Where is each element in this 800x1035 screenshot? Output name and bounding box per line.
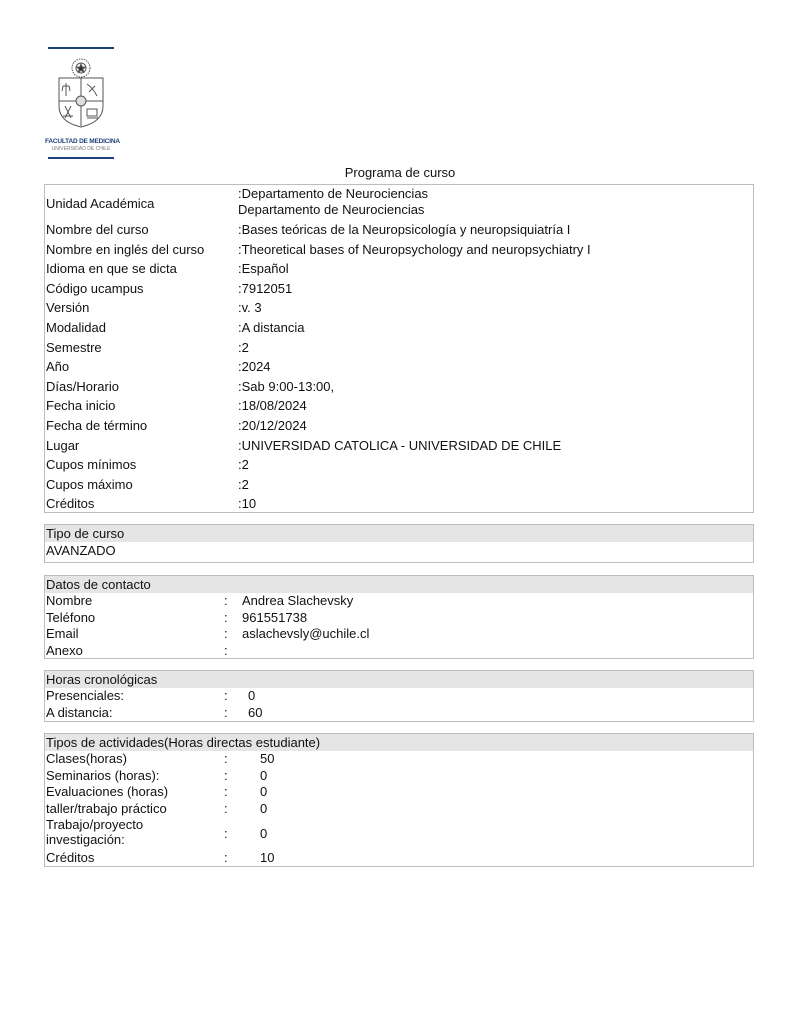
activity-row: Seminarios (horas)::0 bbox=[45, 768, 753, 785]
field-value: :2 bbox=[238, 475, 249, 495]
field-label: Semestre bbox=[45, 338, 238, 358]
activities-section: Tipos de actividades(Horas directas estu… bbox=[44, 733, 754, 867]
contact-section: Datos de contacto Nombre:Andrea Slachevs… bbox=[44, 575, 754, 659]
field-label: Código ucampus bbox=[45, 279, 238, 299]
course-info-row: Cupos máximo:2 bbox=[45, 475, 753, 495]
field-value: :2 bbox=[238, 338, 249, 358]
course-info-row: Cupos mínimos:2 bbox=[45, 455, 753, 475]
field-label: Cupos mínimos bbox=[45, 455, 238, 475]
field-value: :10 bbox=[238, 494, 256, 514]
field-value: :UNIVERSIDAD CATOLICA - UNIVERSIDAD DE C… bbox=[238, 436, 561, 456]
university-name: UNIVERSIDAD DE CHILE bbox=[45, 146, 117, 152]
field-label: Presenciales: bbox=[45, 688, 224, 705]
field-label: taller/trabajo práctico bbox=[45, 801, 224, 818]
separator: : bbox=[224, 751, 242, 768]
field-label: Nombre del curso bbox=[45, 220, 238, 240]
page-title: Programa de curso bbox=[0, 165, 800, 180]
course-info-row: Semestre:2 bbox=[45, 338, 753, 358]
field-value: 60 bbox=[242, 705, 262, 722]
field-value: :7912051 bbox=[238, 279, 292, 299]
field-label: Fecha inicio bbox=[45, 396, 238, 416]
faculty-logo: FACULTAD DE MEDICINA UNIVERSIDAD DE CHIL… bbox=[45, 46, 117, 160]
course-info-row: Lugar:UNIVERSIDAD CATOLICA - UNIVERSIDAD… bbox=[45, 436, 753, 456]
field-value: :A distancia bbox=[238, 318, 305, 338]
field-value: 0 bbox=[242, 817, 267, 850]
course-type-value: AVANZADO bbox=[45, 542, 753, 559]
activity-row: Trabajo/proyecto investigación::0 bbox=[45, 817, 753, 850]
field-value: :Bases teóricas de la Neuropsicología y … bbox=[238, 220, 570, 240]
field-label: Email bbox=[45, 626, 224, 643]
field-value: Andrea Slachevsky bbox=[242, 593, 353, 610]
field-label: Teléfono bbox=[45, 610, 224, 627]
field-label: Versión bbox=[45, 298, 238, 318]
field-label: Evaluaciones (horas) bbox=[45, 784, 224, 801]
field-label: Unidad Académica bbox=[45, 186, 238, 220]
field-value: :18/08/2024 bbox=[238, 396, 307, 416]
contact-row: Nombre:Andrea Slachevsky bbox=[45, 593, 753, 610]
course-info-row: Créditos:10 bbox=[45, 494, 753, 514]
section-header: Horas cronológicas bbox=[45, 671, 753, 688]
contact-row: Email:aslachevsly@uchile.cl bbox=[45, 626, 753, 643]
course-info-row: Código ucampus:7912051 bbox=[45, 279, 753, 299]
field-label: Anexo bbox=[45, 643, 224, 660]
separator: : bbox=[224, 626, 242, 643]
course-info-row: Nombre en inglés del curso:Theoretical b… bbox=[45, 240, 753, 260]
separator: : bbox=[224, 768, 242, 785]
activity-row: Clases(horas):50 bbox=[45, 751, 753, 768]
field-value-line: :Departamento de Neurociencias bbox=[238, 186, 428, 202]
separator: : bbox=[224, 801, 242, 818]
field-value: :2 bbox=[238, 455, 249, 475]
course-info-row: Fecha inicio:18/08/2024 bbox=[45, 396, 753, 416]
section-header: Tipo de curso bbox=[45, 525, 753, 542]
activity-row: Evaluaciones (horas):0 bbox=[45, 784, 753, 801]
field-value: :20/12/2024 bbox=[238, 416, 307, 436]
separator: : bbox=[224, 610, 242, 627]
separator: : bbox=[224, 784, 242, 801]
activity-row: taller/trabajo práctico:0 bbox=[45, 801, 753, 818]
course-info-table: Unidad Académica :Departamento de Neuroc… bbox=[44, 184, 754, 513]
field-value: :Español bbox=[238, 259, 289, 279]
field-value: 0 bbox=[242, 688, 255, 705]
separator: : bbox=[224, 688, 242, 705]
field-label: Fecha de término bbox=[45, 416, 238, 436]
field-label: Nombre en inglés del curso bbox=[45, 240, 238, 260]
course-info-row: Nombre del curso:Bases teóricas de la Ne… bbox=[45, 220, 753, 240]
field-value: 961551738 bbox=[242, 610, 307, 627]
field-label: Nombre bbox=[45, 593, 224, 610]
hours-section: Horas cronológicas Presenciales::0 A dis… bbox=[44, 670, 754, 722]
hours-row: Presenciales::0 bbox=[45, 688, 753, 705]
contact-row: Teléfono:961551738 bbox=[45, 610, 753, 627]
course-info-row: Unidad Académica :Departamento de Neuroc… bbox=[45, 186, 753, 220]
field-value: 10 bbox=[242, 850, 274, 867]
course-info-row: Idioma en que se dicta:Español bbox=[45, 259, 753, 279]
field-label: Idioma en que se dicta bbox=[45, 259, 238, 279]
section-header: Datos de contacto bbox=[45, 576, 753, 593]
university-shield-icon bbox=[55, 56, 107, 128]
field-value: 0 bbox=[242, 801, 267, 818]
field-value: 50 bbox=[242, 751, 274, 768]
field-value: :v. 3 bbox=[238, 298, 262, 318]
field-value: 0 bbox=[242, 784, 267, 801]
field-label: Seminarios (horas): bbox=[45, 768, 224, 785]
logo-bottom-rule bbox=[48, 157, 114, 159]
separator: : bbox=[224, 850, 242, 867]
course-info-row: Fecha de término:20/12/2024 bbox=[45, 416, 753, 436]
separator: : bbox=[224, 817, 242, 850]
separator: : bbox=[224, 643, 242, 660]
course-info-row: Días/Horario:Sab 9:00-13:00, bbox=[45, 377, 753, 397]
course-info-row: Año:2024 bbox=[45, 357, 753, 377]
field-value: :2024 bbox=[238, 357, 271, 377]
field-label: Créditos bbox=[45, 494, 238, 514]
field-label: Lugar bbox=[45, 436, 238, 456]
field-label: Año bbox=[45, 357, 238, 377]
field-value: :Departamento de Neurociencias Departame… bbox=[238, 186, 428, 220]
contact-row: Anexo: bbox=[45, 643, 753, 660]
faculty-name: FACULTAD DE MEDICINA bbox=[45, 138, 117, 145]
field-value: :Theoretical bases of Neuropsychology an… bbox=[238, 240, 591, 260]
separator: : bbox=[224, 705, 242, 722]
field-label: Modalidad bbox=[45, 318, 238, 338]
logo-top-rule bbox=[48, 47, 114, 49]
hours-row: A distancia::60 bbox=[45, 705, 753, 722]
section-header: Tipos de actividades(Horas directas estu… bbox=[45, 734, 753, 751]
field-value: :Sab 9:00-13:00, bbox=[238, 377, 334, 397]
field-label: Días/Horario bbox=[45, 377, 238, 397]
course-info-row: Modalidad:A distancia bbox=[45, 318, 753, 338]
field-value-line: Departamento de Neurociencias bbox=[238, 202, 428, 218]
course-info-row: Versión:v. 3 bbox=[45, 298, 753, 318]
field-value: 0 bbox=[242, 768, 267, 785]
field-label: Cupos máximo bbox=[45, 475, 238, 495]
course-type-section: Tipo de curso AVANZADO bbox=[44, 524, 754, 563]
field-label: Trabajo/proyecto investigación: bbox=[45, 817, 224, 850]
field-label: A distancia: bbox=[45, 705, 224, 722]
email-value: aslachevsly@uchile.cl bbox=[242, 626, 369, 643]
activity-row: Créditos:10 bbox=[45, 850, 753, 867]
field-label: Clases(horas) bbox=[45, 751, 224, 768]
field-label: Créditos bbox=[45, 850, 224, 867]
separator: : bbox=[224, 593, 242, 610]
